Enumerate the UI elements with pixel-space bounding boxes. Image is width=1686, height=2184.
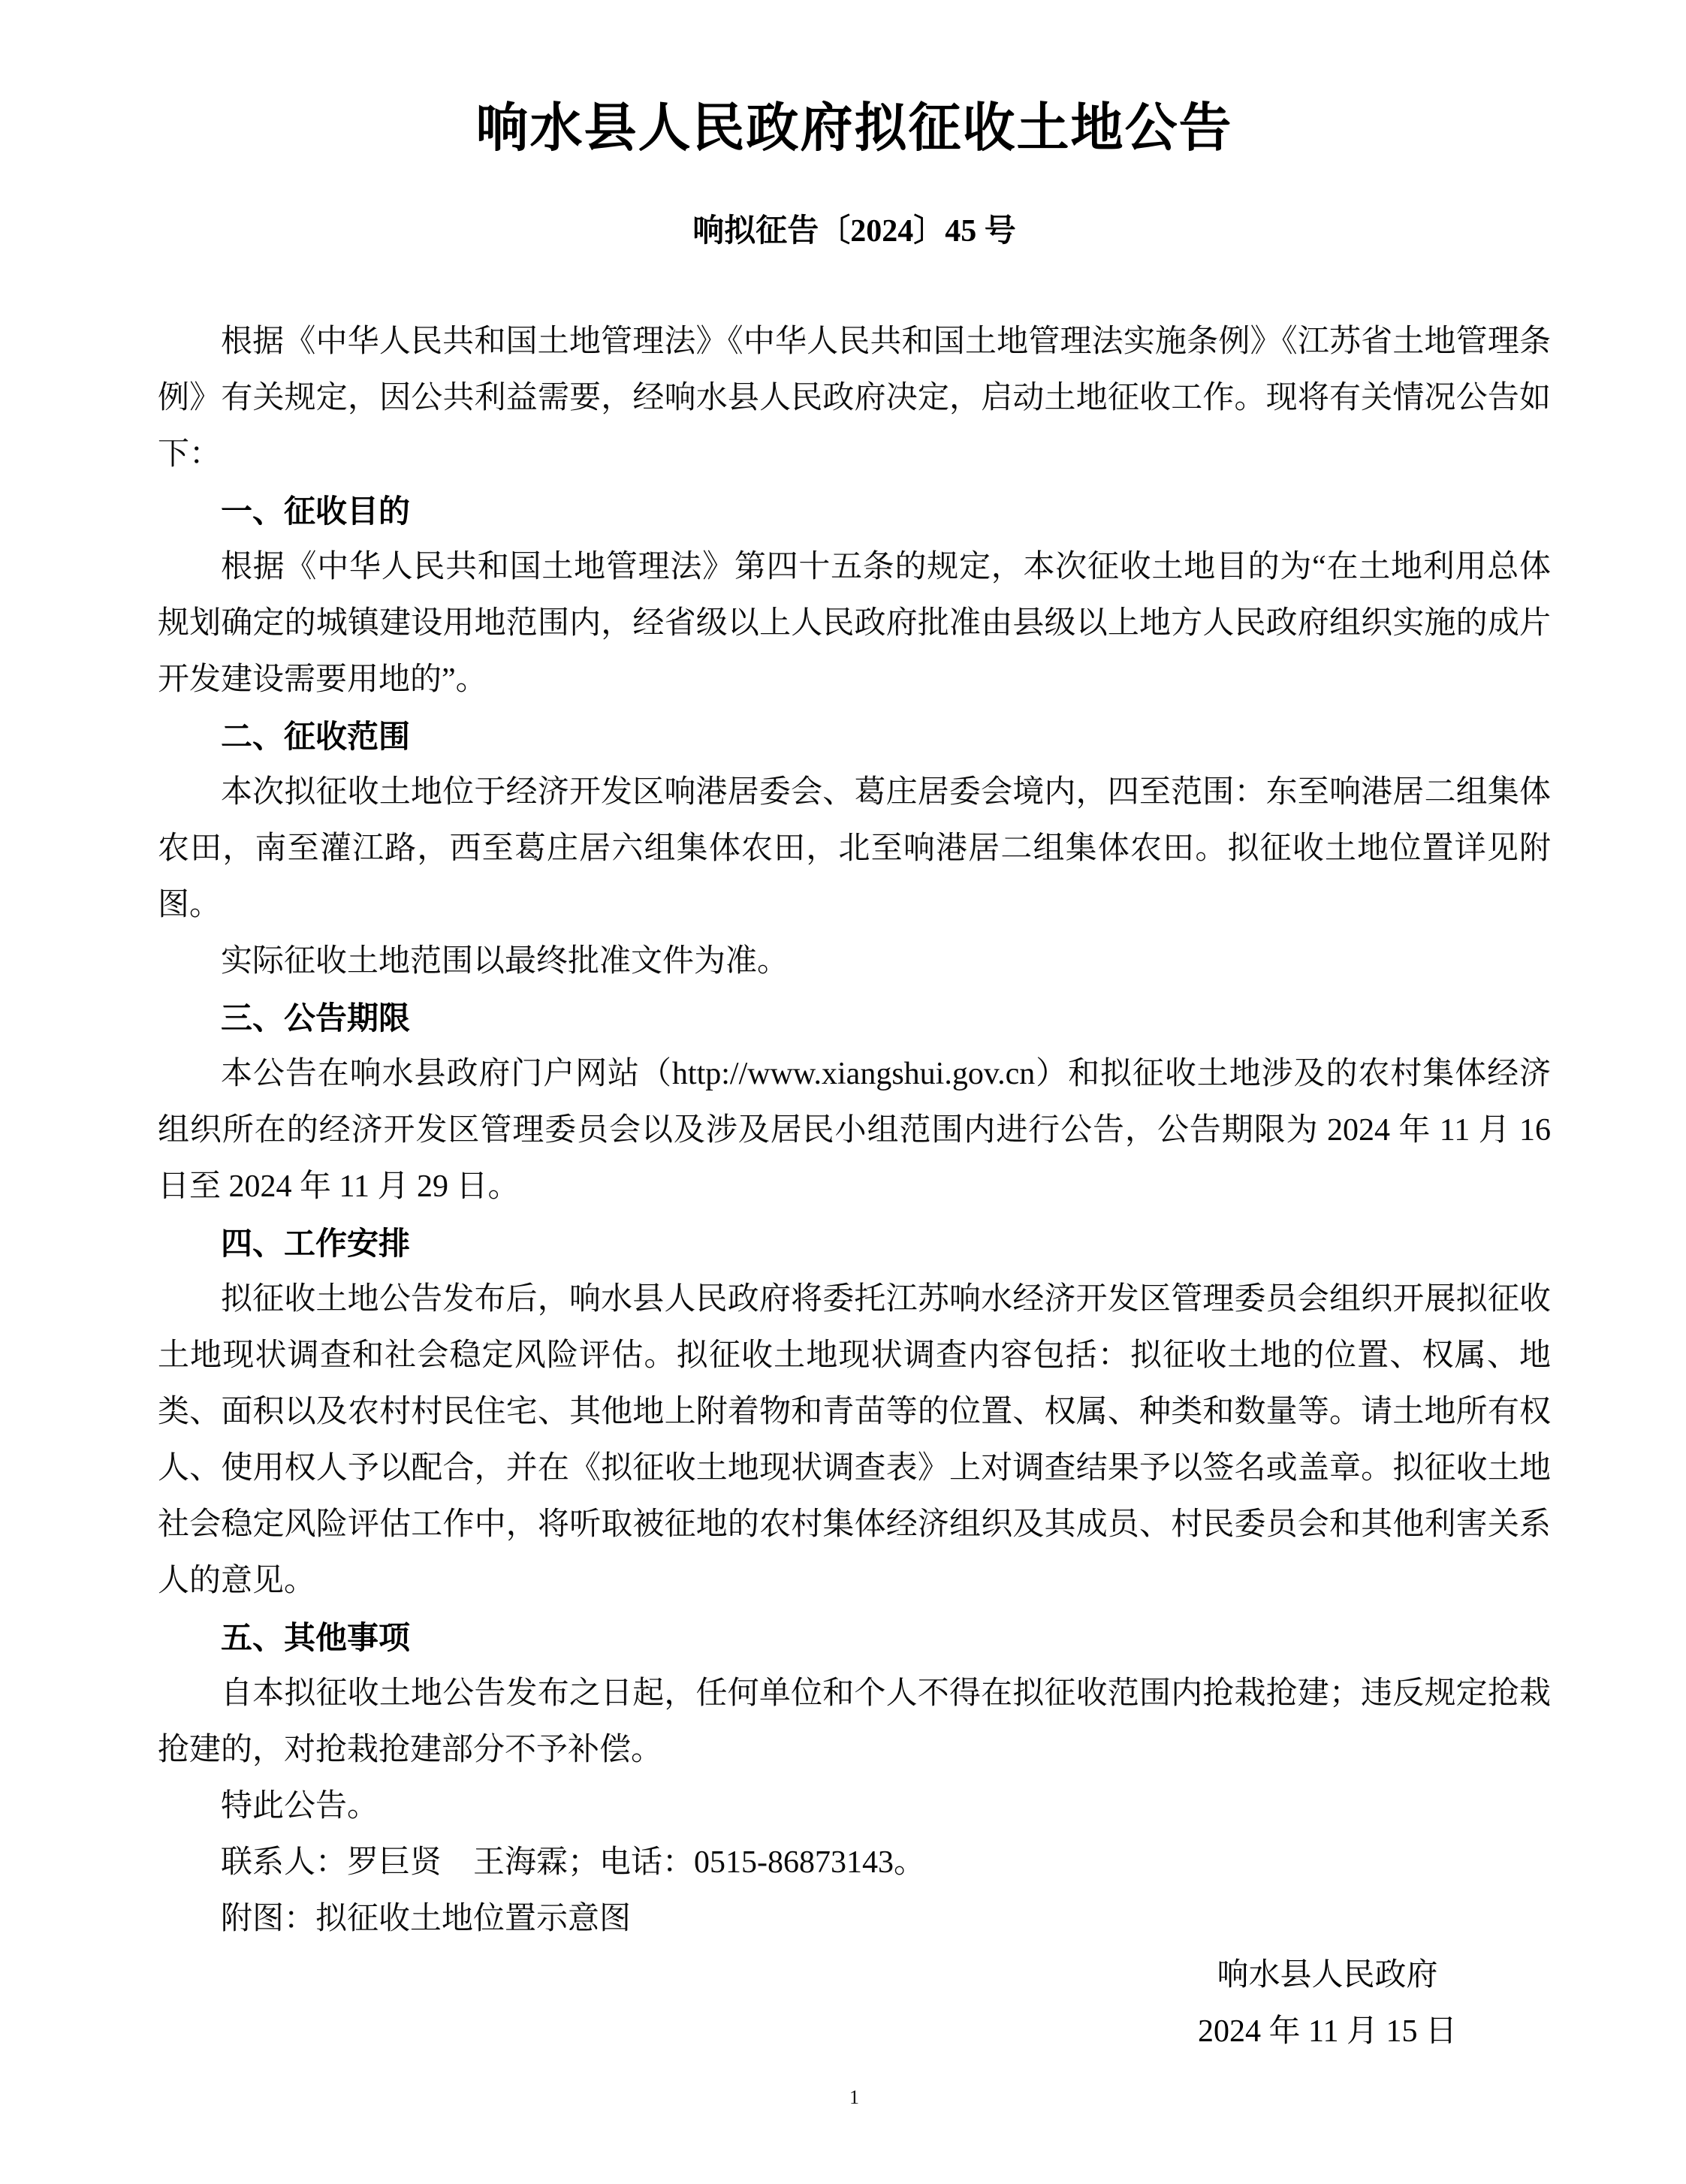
signature-date: 2024 年 11 月 15 日 [1198,2004,1457,2060]
section-paragraph: 实际征收土地范围以最终批准文件为准。 [158,934,1551,990]
page-number: 1 [158,2083,1551,2113]
signature-issuer: 响水县人民政府 [1198,1947,1457,2004]
section-heading-others: 五、其他事项 [158,1609,1551,1666]
section-paragraph: 本次拟征收土地位于经济开发区响港居委会、葛庄居委会境内，四至范围：东至响港居二组… [158,765,1551,934]
section-paragraph: 本公告在响水县政府门户网站（http://www.xiangshui.gov.c… [158,1046,1551,1215]
signature-block: 响水县人民政府 2024 年 11 月 15 日 [1198,1947,1457,2060]
attachment-line: 附图：拟征收土地位置示意图 [158,1891,1551,1947]
contact-line: 联系人：罗巨贤 王海霖；电话：0515-86873143。 [158,1835,1551,1891]
intro-paragraph: 根据《中华人民共和国土地管理法》《中华人民共和国土地管理法实施条例》《江苏省土地… [158,314,1551,483]
section-heading-period: 三、公告期限 [158,990,1551,1046]
section-paragraph: 自本拟征收土地公告发布之日起，任何单位和个人不得在拟征收范围内抢栽抢建；违反规定… [158,1666,1551,1778]
section-heading-purpose: 一、征收目的 [158,483,1551,539]
section-heading-arrangement: 四、工作安排 [158,1215,1551,1271]
page-title: 响水县人民政府拟征收土地公告 [158,96,1551,159]
doc-number: 响拟征告〔2024〕45 号 [158,209,1551,254]
section-paragraph: 根据《中华人民共和国土地管理法》第四十五条的规定，本次征收土地目的为“在土地利用… [158,539,1551,708]
section-heading-scope: 二、征收范围 [158,708,1551,765]
section-paragraph: 特此公告。 [158,1778,1551,1835]
announcement-page: 响水县人民政府拟征收土地公告 响拟征告〔2024〕45 号 根据《中华人民共和国… [0,0,1686,2184]
doc-body: 根据《中华人民共和国土地管理法》《中华人民共和国土地管理法实施条例》《江苏省土地… [158,314,1551,2113]
section-paragraph: 拟征收土地公告发布后，响水县人民政府将委托江苏响水经济开发区管理委员会组织开展拟… [158,1271,1551,1609]
